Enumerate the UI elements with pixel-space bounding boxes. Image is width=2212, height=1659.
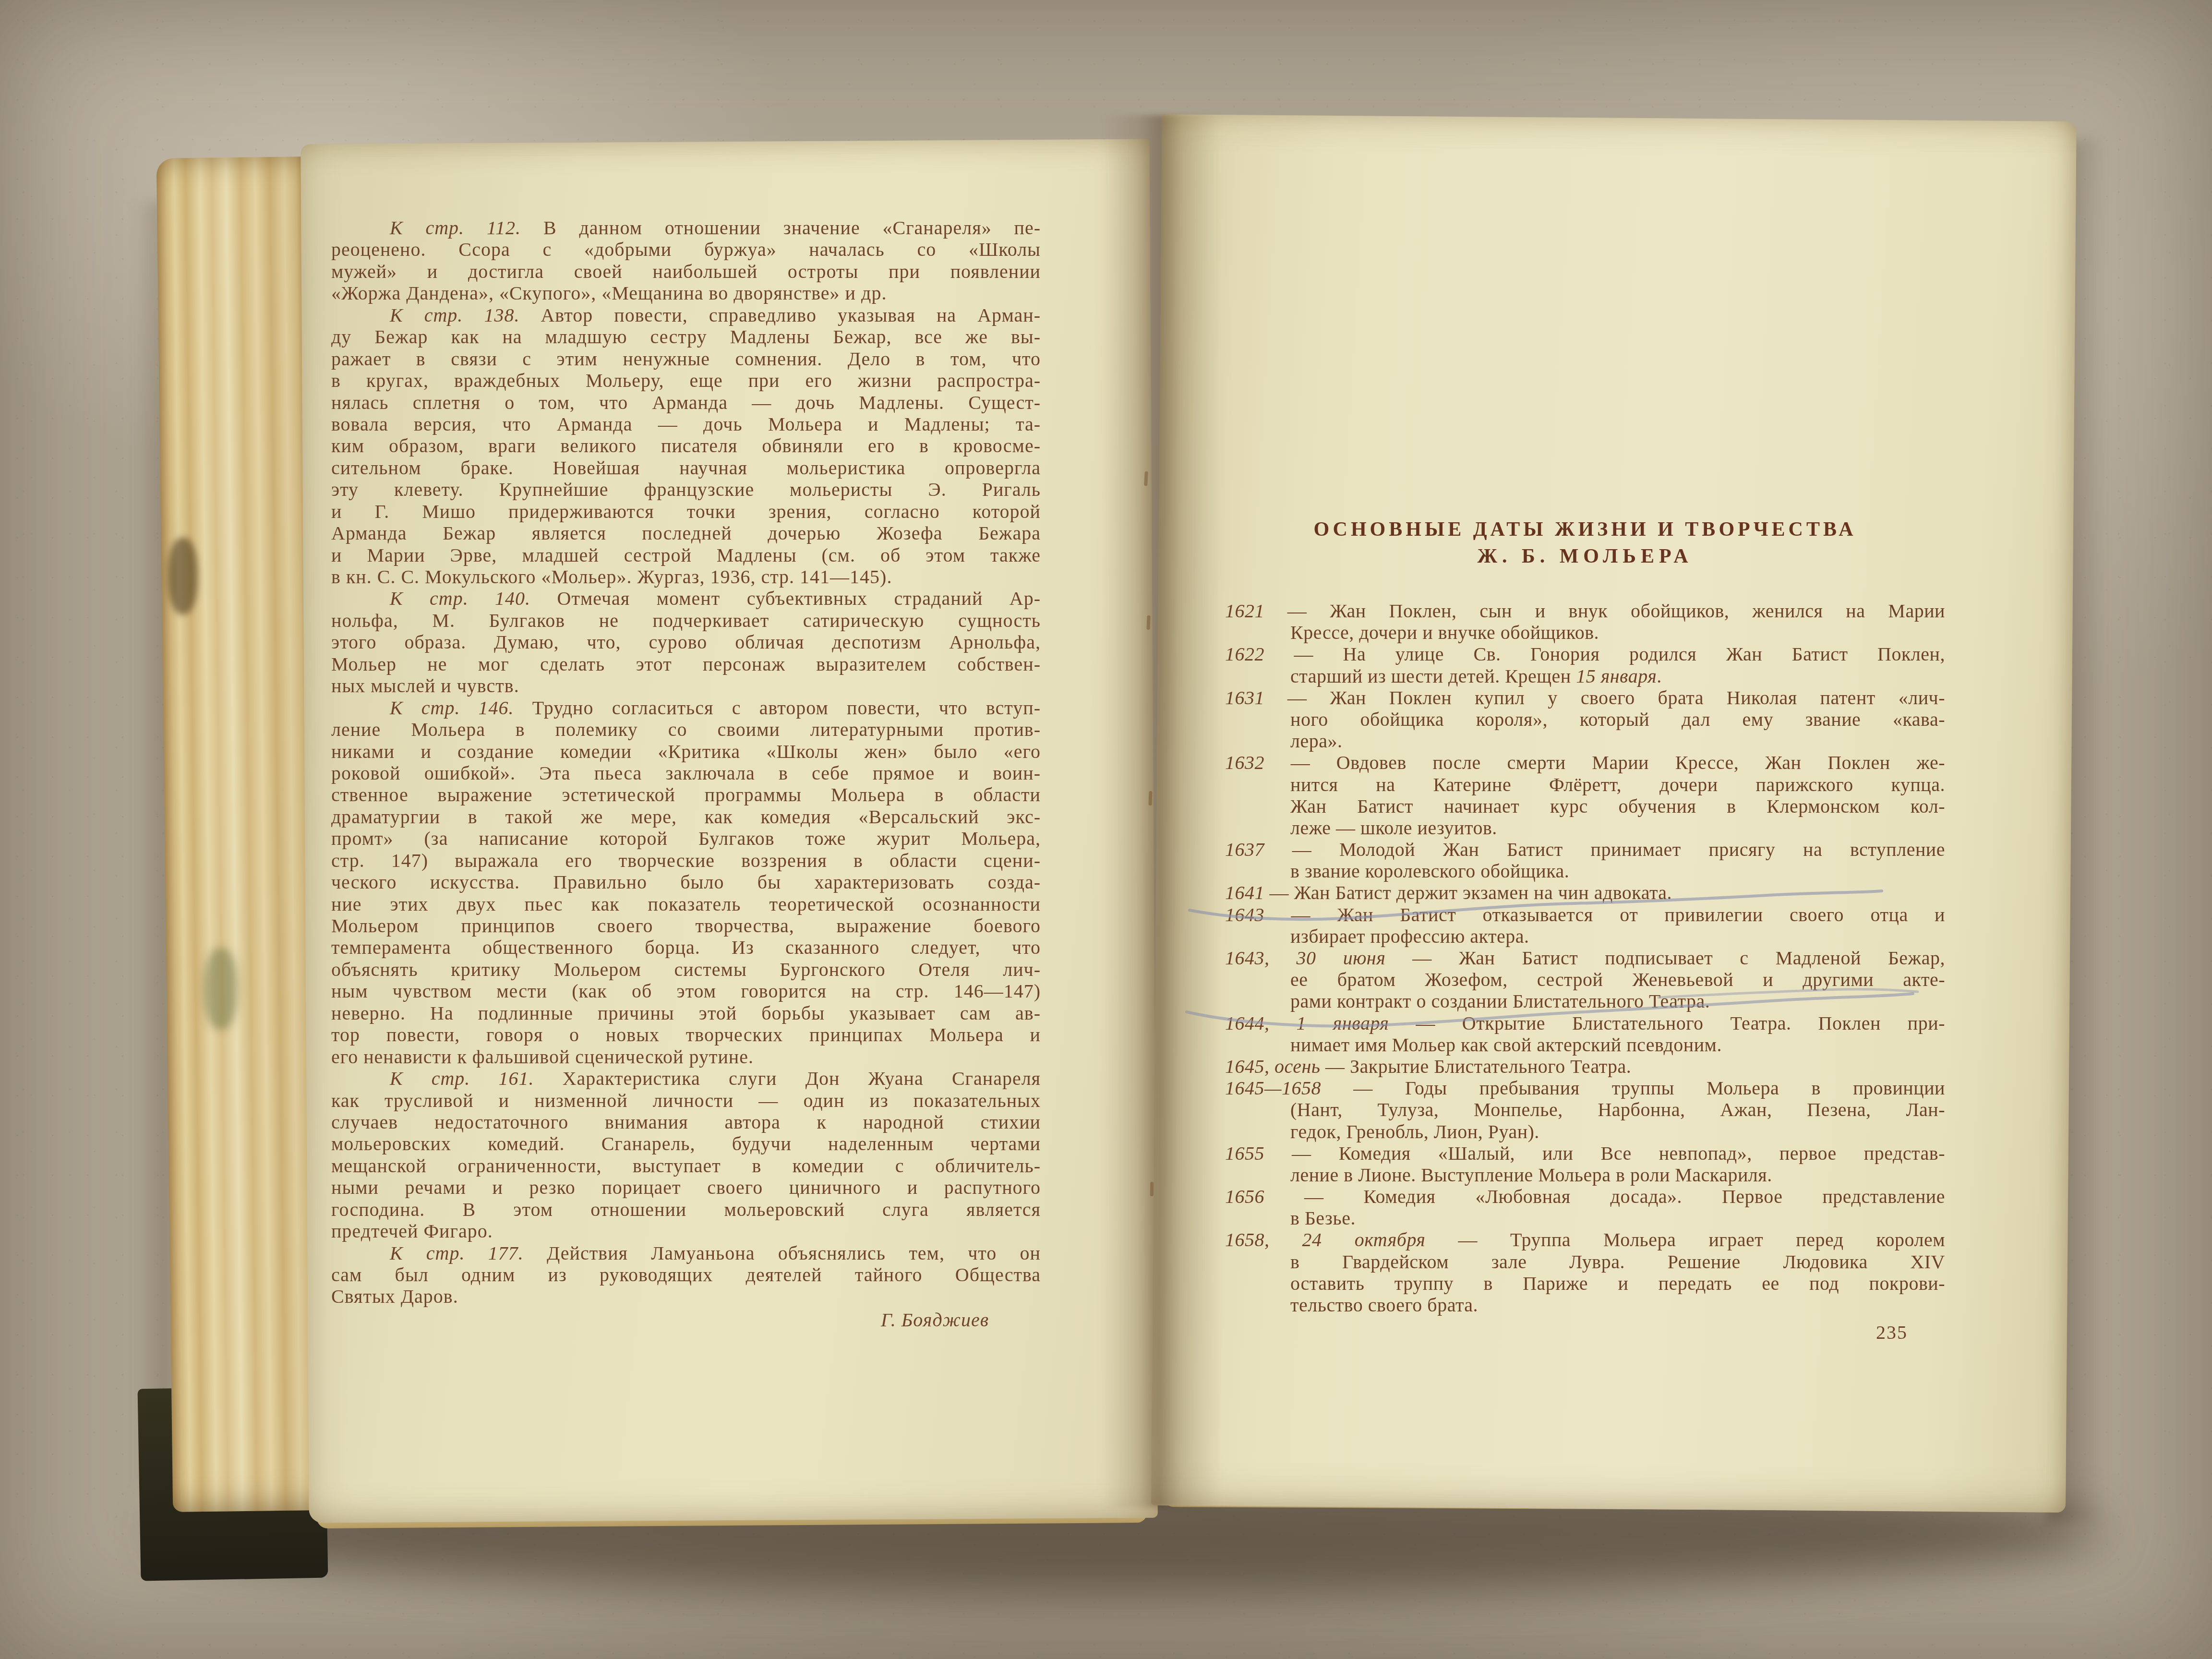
- chronology-entry-line: нимает имя Мольер как свой актерский псе…: [1225, 1034, 1945, 1056]
- text-line: вовала версия, что Арманда — дочь Мольер…: [331, 413, 1041, 435]
- text-line: темперамента общественного борца. Из ска…: [331, 937, 1041, 958]
- chronology-entry-line: 1645, осень — Закрытие Блистательного Те…: [1225, 1056, 1945, 1077]
- chronology-entry-line: ление в Лионе. Выступление Мольера в рол…: [1225, 1164, 1945, 1186]
- chronology-entry-line: 1641 — Жан Батист держит экзамен на чин …: [1225, 882, 1945, 903]
- text-line: сительном браке. Новейшая научная мольер…: [331, 457, 1041, 479]
- text-line: объяснять критику Мольером системы Бурго…: [331, 959, 1041, 980]
- text-line: и Марии Эрве, младшей сестрой Мадлены (с…: [331, 544, 1041, 566]
- chronology-entries: 1621 — Жан Поклен, сын и внук обойщиков,…: [1225, 600, 1945, 1316]
- text-line: Святых Даров.: [331, 1286, 1041, 1307]
- text-line: нольфа, М. Булгаков не подчеркивает сати…: [331, 610, 1041, 631]
- text-line: Мольером принципов своего творчества, вы…: [331, 915, 1041, 937]
- chronology-entry-line: Крессе, дочери и внучке обойщиков.: [1225, 622, 1945, 643]
- chronology-entry-line: в Гвардейском зале Лувра. Решение Людови…: [1225, 1251, 1945, 1273]
- text-line: мужей» и достигла своей наибольшей остро…: [331, 261, 1041, 282]
- text-line: случаев недостаточного внимания автора к…: [331, 1111, 1041, 1133]
- chronology-entry-line: 1643 — Жан Батист отказывается от привил…: [1225, 904, 1945, 926]
- heading-line-2: Ж. Б. МОЛЬЕРА: [1225, 543, 1945, 570]
- chronology-entry-line: 1632 — Овдовев после смерти Марии Крессе…: [1225, 752, 1945, 773]
- text-line: ким образом, враги великого писателя обв…: [331, 435, 1041, 457]
- text-line: К стр. 140. Отмечая момент субъективных …: [331, 588, 1041, 609]
- chronology-entry-line: 1656 — Комедия «Любовная досада». Первое…: [1225, 1186, 1945, 1207]
- chronology-entry-line: лера».: [1225, 730, 1945, 752]
- text-line: драматургии в такой же мере, как комедия…: [331, 806, 1041, 828]
- chronology-entry-line: 1643, 30 июня — Жан Батист подписывает с…: [1225, 947, 1945, 969]
- chronology-entry-line: 1631 — Жан Поклен купил у своего брата Н…: [1225, 687, 1945, 709]
- text-line: К стр. 177. Действия Ламуаньона объяснял…: [331, 1242, 1041, 1264]
- text-line: сам был одним из руководящих деятелей та…: [331, 1264, 1041, 1286]
- chronology-entry-line: в звание королевского обойщика.: [1225, 860, 1945, 882]
- chronology-entry-line: 1622 — На улице Св. Гонория родился Жан …: [1225, 643, 1945, 665]
- book-gutter-shadow: [1102, 115, 1221, 1507]
- text-line: нялась сплетня о том, что Арманда — дочь…: [331, 392, 1041, 413]
- text-line: неверно. На подлинные причины этой борьб…: [331, 1002, 1041, 1024]
- text-line: К стр. 112. В данном отношении значение …: [331, 217, 1041, 239]
- page-edge-stain: [204, 948, 238, 1030]
- text-line: «Жоржа Дандена», «Скупого», «Мещанина во…: [331, 282, 1041, 304]
- text-line: господина. В этом отношении мольеровский…: [331, 1199, 1041, 1220]
- text-line: ческого искусства. Правильно было бы хар…: [331, 871, 1041, 893]
- text-line: в кругах, враждебных Мольеру, еще при ег…: [331, 370, 1041, 391]
- text-line: ду Бежар как на младшую сестру Мадлены Б…: [331, 326, 1041, 348]
- text-line: роковой ошибкой». Эта пьеса заключала в …: [331, 762, 1041, 784]
- binding-stitch: [1146, 615, 1150, 630]
- chronology-entry-line: гедок, Гренобль, Лион, Руан).: [1225, 1121, 1945, 1142]
- text-line: ными речами и резко порицает своего цини…: [331, 1177, 1041, 1198]
- text-line: стр. 147) выражала его творческие воззре…: [331, 850, 1041, 871]
- text-line: тор повести, говоря о новых творческих п…: [331, 1024, 1041, 1046]
- chronology-entry-line: рами контракт о создании Блистательного …: [1225, 990, 1945, 1012]
- text-line: К стр. 161. Характеристика слуги Дон Жуа…: [331, 1068, 1041, 1089]
- text-line: в кн. С. С. Мокульского «Мольер». Жургаз…: [331, 566, 1041, 588]
- page-number: 235: [1876, 1321, 1908, 1344]
- text-line: промт» (за написание которой Булгаков то…: [331, 828, 1041, 849]
- text-line: К стр. 138. Автор повести, справедливо у…: [331, 304, 1041, 326]
- text-line: эту клевету. Крупнейшие французские моль…: [331, 479, 1041, 500]
- text-line: и Г. Мишо придерживаются точки зрения, с…: [331, 501, 1041, 522]
- binding-stitch: [1148, 791, 1152, 805]
- chronology-entry-line: Жан Батист начинает курс обучения в Клер…: [1225, 795, 1945, 817]
- text-line: его ненависти к фальшивой сценической ру…: [331, 1046, 1041, 1068]
- chronology-entry-line: (Нант, Тулуза, Монпелье, Нарбонна, Ажан,…: [1225, 1099, 1945, 1120]
- chronology-entry-line: старший из шести детей. Крещен 15 января…: [1225, 665, 1945, 687]
- text-line: этого образа. Думаю, что, сурово обличая…: [331, 631, 1041, 653]
- left-page-stack-edges: [156, 156, 318, 1512]
- text-line: Мольер не мог сделать этот персонаж выра…: [331, 653, 1041, 675]
- text-line: ние этих двух пьес как показатель теорет…: [331, 893, 1041, 915]
- text-line: предтечей Фигаро.: [331, 1220, 1041, 1242]
- chronology-entry-line: 1621 — Жан Поклен, сын и внук обойщиков,…: [1225, 600, 1945, 622]
- text-line: ным чувством мести (как об этом говоритс…: [331, 980, 1041, 1002]
- text-line: ных мыслей и чувств.: [331, 675, 1041, 697]
- chronology-entry-line: 1637 — Молодой Жан Батист принимает прис…: [1225, 839, 1945, 860]
- text-line: реоценено. Ссора с «добрыми буржуа» нача…: [331, 239, 1041, 260]
- chronology-entry-line: тельство своего брата.: [1225, 1294, 1945, 1316]
- heading-line-1: ОСНОВНЫЕ ДАТЫ ЖИЗНИ И ТВОРЧЕСТВА: [1225, 516, 1945, 543]
- text-line: ственное выражение эстетической программ…: [331, 784, 1041, 805]
- chronology-entry-line: избирает профессию актера.: [1225, 926, 1945, 947]
- chronology-entry-line: ее братом Жозефом, сестрой Женевьевой и …: [1225, 969, 1945, 990]
- text-line: ление Мольера в полемику со своими литер…: [331, 719, 1041, 740]
- chronology-entry-line: в Безье.: [1225, 1207, 1945, 1229]
- left-page-text: К стр. 112. В данном отношении значение …: [331, 217, 1041, 1333]
- chronology-entry-line: 1658, 24 октября — Труппа Мольера играет…: [1225, 1229, 1945, 1250]
- text-line: Арманда Бежар является последней дочерью…: [331, 522, 1041, 544]
- binding-stitch: [1150, 1182, 1154, 1196]
- text-line: как трусливой и низменной личности — оди…: [331, 1090, 1041, 1111]
- chronology-entry-line: 1644, 1 января — Открытие Блистательного…: [1225, 1012, 1945, 1034]
- chronology-entry-line: ного обойщика короля», который дал ему з…: [1225, 709, 1945, 730]
- chronology-entry-line: леже — школе иезуитов.: [1225, 817, 1945, 839]
- chronology-heading: ОСНОВНЫЕ ДАТЫ ЖИЗНИ И ТВОРЧЕСТВА Ж. Б. М…: [1225, 516, 1945, 570]
- photo-open-book: К стр. 112. В данном отношении значение …: [0, 0, 2212, 1659]
- chronology-entry-line: нится на Катерине Флёретт, дочери парижс…: [1225, 774, 1945, 795]
- author-signature: Г. Бояджиев: [331, 1308, 1041, 1333]
- chronology-entry-line: оставить труппу в Париже и передать ее п…: [1225, 1273, 1945, 1294]
- text-line: ражает в связи с этим ненужные сомнения.…: [331, 348, 1041, 370]
- text-line: никами и создание комедии «Критика «Школ…: [331, 741, 1041, 762]
- chronology-entry-line: 1645—1658 — Годы пребывания труппы Молье…: [1225, 1077, 1945, 1099]
- text-line: К стр. 146. Трудно согласиться с автором…: [331, 697, 1041, 719]
- chronology-entry-line: 1655 — Комедия «Шалый, или Все невпопад»…: [1225, 1142, 1945, 1164]
- text-line: мещанской ограниченности, выступает в ко…: [331, 1155, 1041, 1177]
- page-edge-stain: [168, 538, 198, 614]
- text-line: мольеровских комедий. Сганарель, будучи …: [331, 1133, 1041, 1154]
